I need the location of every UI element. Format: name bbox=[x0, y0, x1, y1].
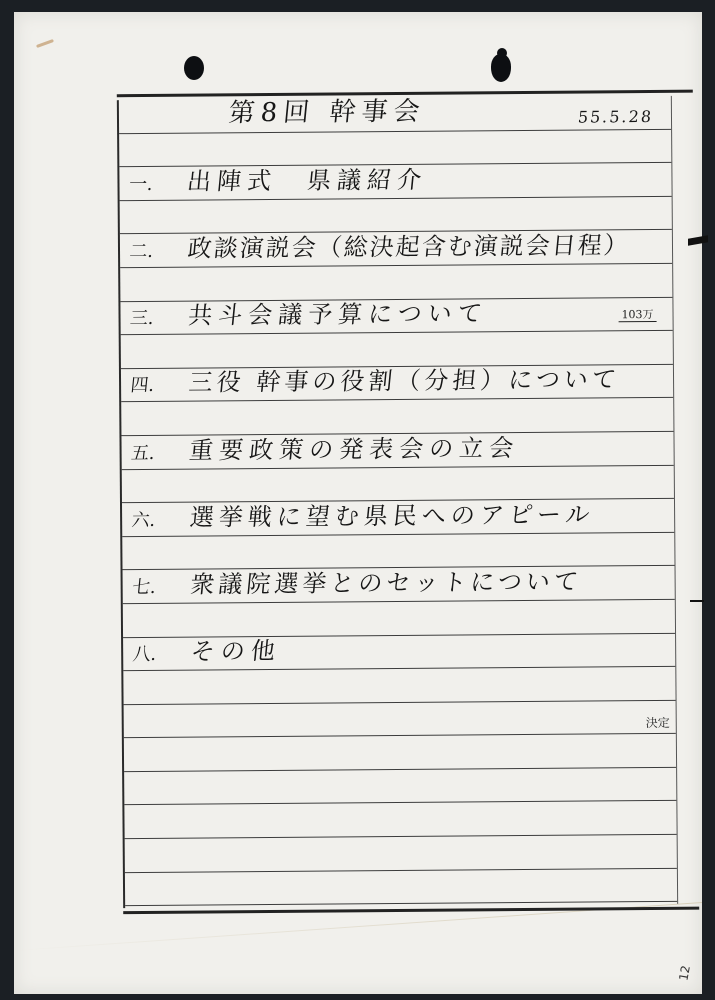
item-number: 七. bbox=[131, 573, 192, 599]
item-text: 選挙戦に望む県民へのアピール bbox=[188, 500, 595, 531]
item-text: 衆議院選挙とのセットについて bbox=[189, 567, 583, 598]
blank-row bbox=[123, 667, 675, 705]
item-text: その他 bbox=[190, 637, 283, 666]
margin-tick-marker bbox=[690, 600, 704, 602]
item-number: 五. bbox=[130, 438, 191, 464]
agenda-item: 五.重要政策の発表会の立会 bbox=[121, 432, 673, 470]
item-number: 三. bbox=[129, 304, 190, 330]
item-text: 出陣式 県議紹介 bbox=[186, 166, 429, 196]
page-number: 12 bbox=[676, 964, 692, 981]
agenda-item: 七.衆議院選挙とのセットについて bbox=[123, 566, 675, 604]
blank-row bbox=[124, 768, 676, 806]
item-number: 六. bbox=[130, 505, 191, 531]
punch-hole-left bbox=[184, 56, 204, 80]
document-title: 第8回 幹事会 bbox=[127, 90, 427, 129]
item-text: 重要政策の発表会の立会 bbox=[188, 434, 521, 465]
item-text: 三役 幹事の役割（分担）について bbox=[187, 366, 621, 397]
title-row: 第8回 幹事会 55.5.28 bbox=[119, 96, 671, 134]
ruled-writing-area: 第8回 幹事会 55.5.28 一.出陣式 県議紹介 二.政談演説会（総決起含む… bbox=[117, 96, 678, 908]
budget-note: 103万 bbox=[618, 306, 656, 322]
agenda-item: 一.出陣式 県議紹介 bbox=[119, 163, 671, 201]
document-date: 55.5.28 bbox=[477, 107, 654, 127]
blank-row bbox=[125, 868, 677, 906]
blank-row bbox=[124, 734, 676, 772]
agenda-item: 三.共斗会議予算について 103万 bbox=[120, 297, 672, 335]
agenda-item: 八.その他 bbox=[123, 633, 675, 671]
agenda-item: 四.三役 幹事の役割（分担）について bbox=[121, 365, 673, 403]
margin-tab-marker bbox=[688, 235, 708, 246]
item-text: 共斗会議予算について bbox=[187, 299, 489, 329]
item-number: 四. bbox=[129, 371, 190, 397]
punch-hole-right bbox=[491, 54, 511, 82]
item-number: 二. bbox=[128, 237, 189, 263]
note-row: 決定 bbox=[124, 701, 676, 739]
agenda-item: 二.政談演説会（総決起含む演説会日程） bbox=[120, 230, 672, 268]
trailing-note: 決定 bbox=[646, 714, 670, 731]
blank-row bbox=[124, 801, 676, 839]
item-number: 一. bbox=[128, 169, 189, 195]
agenda-item: 六.選挙戦に望む県民へのアピール bbox=[122, 499, 674, 537]
item-text: 政談演説会（総決起含む演説会日程） bbox=[186, 231, 631, 262]
item-number: 八. bbox=[132, 640, 193, 666]
paper-stain bbox=[36, 39, 54, 48]
blank-row bbox=[125, 835, 677, 873]
